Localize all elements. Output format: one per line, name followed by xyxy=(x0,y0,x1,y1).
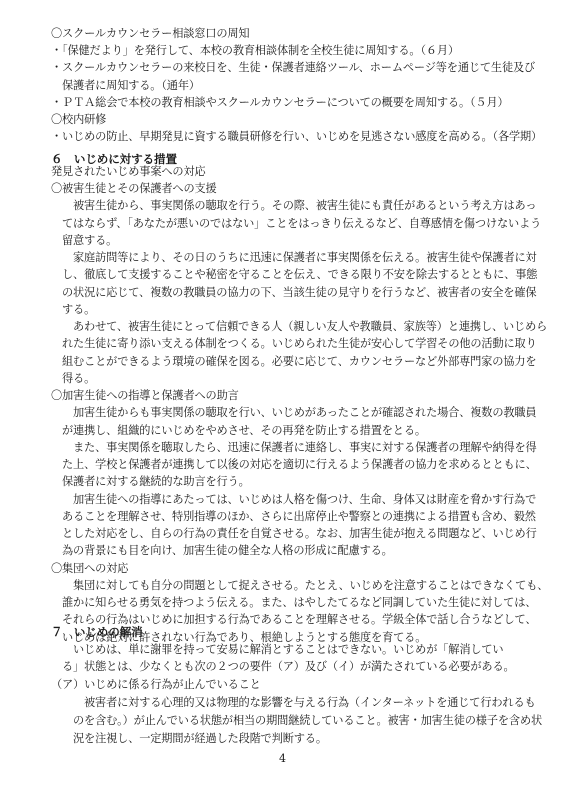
text-line: ・ＰＴＡ総会で本校の教育相談やスクールカウンセラーについての概要を周知する。（５… xyxy=(51,94,509,112)
text-line: 〇スクールカウンセラー相談窓口の周知 xyxy=(51,25,249,43)
text-line: 得る。 xyxy=(62,370,95,388)
text-line: た上、学校と保護者が連携して以後の対応を適切に行えるよう保護者の協力を求めるとと… xyxy=(62,456,537,474)
text-line: のを含む。）が止んでいる状態が相当の期間継続していること。被害・加害生徒の様子を… xyxy=(73,712,542,730)
text-line: あることを理解させ、特別指導のほか、さらに出席停止や警察との連携による措置も含め… xyxy=(62,508,536,526)
text-line: 留意する。 xyxy=(62,232,117,250)
text-line: 誰かに知らせる勇気を持つよう伝える。また、はやしたてるなど同調していた生徒に対し… xyxy=(62,594,536,612)
text-line: とした対応をし、自らの行為の責任を自覚させる。なお、加害生徒が抱える問題など、い… xyxy=(62,525,537,543)
text-line: が連携し、組織的にいじめをやめさせ、その再発を防止する措置をとる。 xyxy=(62,422,426,440)
text-line: 加害生徒からも事実関係の聴取を行い、いじめがあったことが確認された場合、複数の教… xyxy=(73,404,536,422)
text-line: 加害生徒への指導にあたっては、いじめは人格を傷つけ、生命、身体又は財産を脅かす行… xyxy=(73,491,536,509)
page-number: 4 xyxy=(0,752,565,765)
text-line: てはならず、「あなたが悪いのではない」ことをはっきり伝えるなど、自尊感情を傷つけ… xyxy=(62,215,541,233)
text-line: 家庭訪問等により、その日のうちに迅速に保護者に事実関係を伝える。被害生徒や保護者… xyxy=(73,249,537,267)
text-line: 保護者に対する継続的な助言を行う。 xyxy=(62,473,250,491)
text-line: また、事実関係を聴取したら、迅速に保護者に連絡し、事実に対する保護者の理解や納得… xyxy=(73,439,537,457)
text-line: 〇被害生徒とその保護者への支援 xyxy=(51,180,217,198)
text-line: 集団に対しても自分の問題として捉えさせる。たとえ、いじめを注意することはできなく… xyxy=(73,577,548,595)
text-line: あわせて、被害生徒にとって信頼できる人（親しい友人や教職員、家族等）と連携し、い… xyxy=(73,318,547,336)
text-line: 被害生徒から、事実関係の聴取を行う。その際、被害生徒にも責任があるという考え方は… xyxy=(73,197,536,215)
text-line: 被害者に対する心理的又は物理的な影響を与える行為（インターネットを通じて行われる… xyxy=(84,694,536,712)
text-line: し、徹底して支援することや秘密を守ることを伝え、できる限り不安を除去するとともに… xyxy=(62,266,537,284)
text-line: 組むことができるよう環境の確保を図る。必要に応じて、カウンセラーなど外部専門家の… xyxy=(62,353,536,371)
text-line: 〇集団への対応 xyxy=(51,560,128,578)
text-line: ・スクールカウンセラーの来校日を、生徒・保護者連絡ツール、ホームページ等を通じて… xyxy=(51,59,535,77)
section-heading: ７ いじめの解消 xyxy=(51,623,143,641)
document-page: 〇スクールカウンセラー相談窓口の周知・「保健だより」を発行して、本校の教育相談体… xyxy=(0,0,565,800)
text-line: 〇校内研修 xyxy=(51,111,106,129)
text-line: 保護者に周知する。（通年） xyxy=(62,77,200,95)
text-line: する。 xyxy=(62,301,95,319)
text-line: 為の背景にも目を向け、加害生徒の健全な人格の形成に配慮する。 xyxy=(62,542,393,560)
text-line: （ア）いじめに係る行為が止んでいること xyxy=(51,676,261,694)
text-line: ・いじめの防止、早期発見に資する職員研修を行い、いじめを見逃さない感度を高める。… xyxy=(51,128,542,146)
text-line: ・「保健だより」を発行して、本校の教育相談体制を全校生徒に周知する。（６月） xyxy=(51,42,459,60)
text-line: 況を注視し、一定期間が経過した段階で判断する。 xyxy=(73,730,327,748)
section-heading: ６ いじめに対する措置 xyxy=(51,150,177,168)
text-line: る」状態とは、少なくとも次の２つの要件（ア）及び（イ）が満たされている必要がある… xyxy=(62,658,515,676)
text-line: いじめは、単に謝罪を持って安易に解消とすることはできない。いじめが「解消してい xyxy=(73,641,503,659)
text-line: れた生徒に寄り添い支える体制をつくる。いじめられた生徒が安心して学習その他の活動… xyxy=(62,335,537,353)
text-line: の状況に応じて、複数の教職員の協力の下、当該生徒の見守りを行うなど、被害者の安全… xyxy=(62,284,536,302)
text-line: 〇加害生徒への指導と保護者への助言 xyxy=(51,387,239,405)
